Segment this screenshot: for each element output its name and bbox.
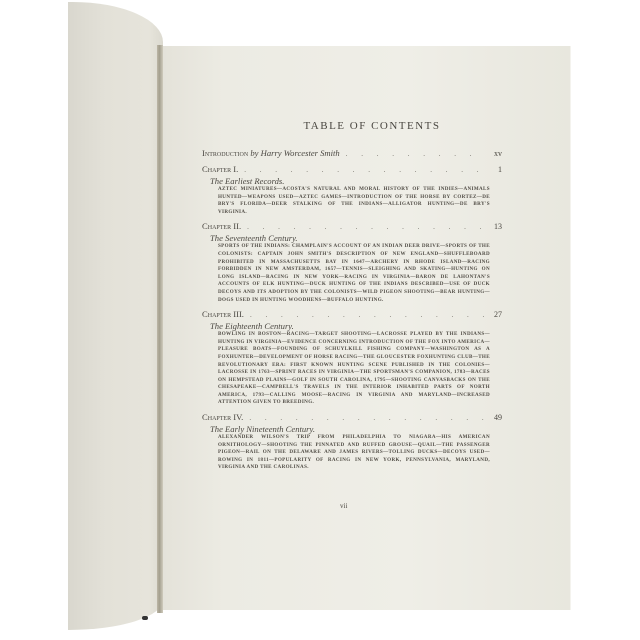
table-of-contents: TABLE OF CONTENTS Introduction by Harry … bbox=[202, 120, 502, 477]
dot-leader: . . . . . . . . . . . . . . . . . . . . … bbox=[250, 310, 484, 321]
chapter-title: The Earliest Records. bbox=[210, 176, 502, 186]
page-number: 49 bbox=[490, 412, 502, 423]
chapter-list: Chapter I. . . . . . . . . . . . . . . .… bbox=[202, 164, 502, 472]
toc-entry-chapter-1: Chapter I. . . . . . . . . . . . . . . .… bbox=[202, 164, 502, 216]
dot-leader: . . . . . . . . . . . . . . . . . . . . … bbox=[346, 149, 484, 160]
chapter-summary: Alexander Wilson's trip from Philadelphi… bbox=[218, 434, 490, 472]
chapter-title: The Eighteenth Century. bbox=[210, 321, 502, 331]
chapter-title: The Seventeenth Century. bbox=[210, 233, 502, 243]
entry-label: Introduction bbox=[202, 148, 248, 158]
page-folio: vii bbox=[340, 502, 347, 510]
dot-leader: . . . . . . . . . . . . . . . . . . . . … bbox=[244, 165, 484, 176]
chapter-label: Chapter II. bbox=[202, 221, 241, 232]
chapter-summary: Sports of the Indians: Champlain's accou… bbox=[218, 243, 490, 304]
chapter-title: The Early Nineteenth Century. bbox=[210, 424, 502, 434]
page-number: 13 bbox=[490, 221, 502, 232]
book-gutter bbox=[157, 45, 163, 613]
page-number: xv bbox=[490, 148, 502, 159]
toc-entry-chapter-2: Chapter II. . . . . . . . . . . . . . . … bbox=[202, 221, 502, 304]
dot-leader: . . . . . . . . . . . . . . . . . . . . … bbox=[247, 222, 484, 233]
toc-entry-introduction: Introduction by Harry Worcester Smith . … bbox=[202, 148, 502, 160]
chapter-summary: Aztec miniatures—Acosta's natural and mo… bbox=[218, 186, 490, 216]
toc-entry-chapter-4: Chapter IV. . . . . . . . . . . . . . . … bbox=[202, 412, 502, 472]
chapter-label: Chapter IV. bbox=[202, 412, 243, 423]
toc-title: TABLE OF CONTENTS bbox=[242, 120, 502, 132]
entry-byline: by Harry Worcester Smith bbox=[250, 148, 339, 158]
toc-entry-chapter-3: Chapter III. . . . . . . . . . . . . . .… bbox=[202, 309, 502, 407]
page-number: 27 bbox=[490, 309, 502, 320]
chapter-label: Chapter III. bbox=[202, 309, 244, 320]
left-page bbox=[68, 2, 163, 630]
chapter-label: Chapter I. bbox=[202, 164, 238, 175]
dot-leader: . . . . . . . . . . . . . . . . . . . . … bbox=[249, 413, 484, 424]
chapter-summary: Bowling in Boston—racing—target shooting… bbox=[218, 331, 490, 407]
page-number: 1 bbox=[490, 164, 502, 175]
binding-edge bbox=[142, 616, 148, 620]
